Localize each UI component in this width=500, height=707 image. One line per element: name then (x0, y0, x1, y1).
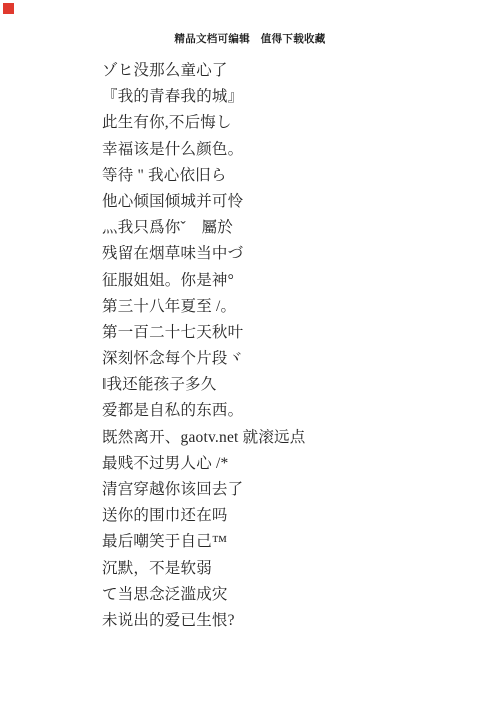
corner-red-square-badge (3, 3, 14, 14)
text-line: 既然离开、gaotv.net 就滚远点 (102, 425, 480, 451)
text-line: 征服姐姐。你是神° (102, 268, 480, 294)
text-line: 深刻怀念每个片段ヾ (102, 346, 480, 372)
text-line: 爱都是自私的东西。 (102, 398, 480, 424)
text-line: 幸福该是什么颜色。 (102, 137, 480, 163)
text-line: 清宫穿越你该回去了 (102, 477, 480, 503)
text-line: 未说出的爱已生恨? (102, 608, 480, 634)
text-lines-container: ゾヒ没那么童心了『我的青春我的城』此生有你,不后悔し幸福该是什么颜色。等待 " … (102, 58, 480, 634)
text-line: ‖我还能孩子多久 (102, 372, 480, 398)
document-page: 精品文档可编辑 值得下载收藏 ゾヒ没那么童心了『我的青春我的城』此生有你,不后悔… (0, 0, 500, 707)
text-line: 他心倾国倾城并可怜 (102, 189, 480, 215)
text-line: 沉默，不是软弱 (102, 556, 480, 582)
text-line: て当思念泛滥成灾 (102, 582, 480, 608)
text-line: 最贱不过男人心 /* (102, 451, 480, 477)
text-line: 『我的青春我的城』 (102, 84, 480, 110)
text-line: 等待 " 我心依旧ら (102, 163, 480, 189)
page-header-watermark: 精品文档可编辑 值得下载收藏 (0, 31, 500, 46)
text-line: ゾヒ没那么童心了 (102, 58, 480, 84)
text-line: 残留在烟草味当中づ (102, 241, 480, 267)
text-line: 送你的围巾还在吗 (102, 503, 480, 529)
text-line: 灬我只爲你ˇ 屬於 (102, 215, 480, 241)
text-line: 最后嘲笑于自己™ (102, 529, 480, 555)
text-line: 第一百二十七天秋叶 (102, 320, 480, 346)
text-line: 第三十八年夏至 /。 (102, 294, 480, 320)
text-line: 此生有你,不后悔し (102, 110, 480, 136)
